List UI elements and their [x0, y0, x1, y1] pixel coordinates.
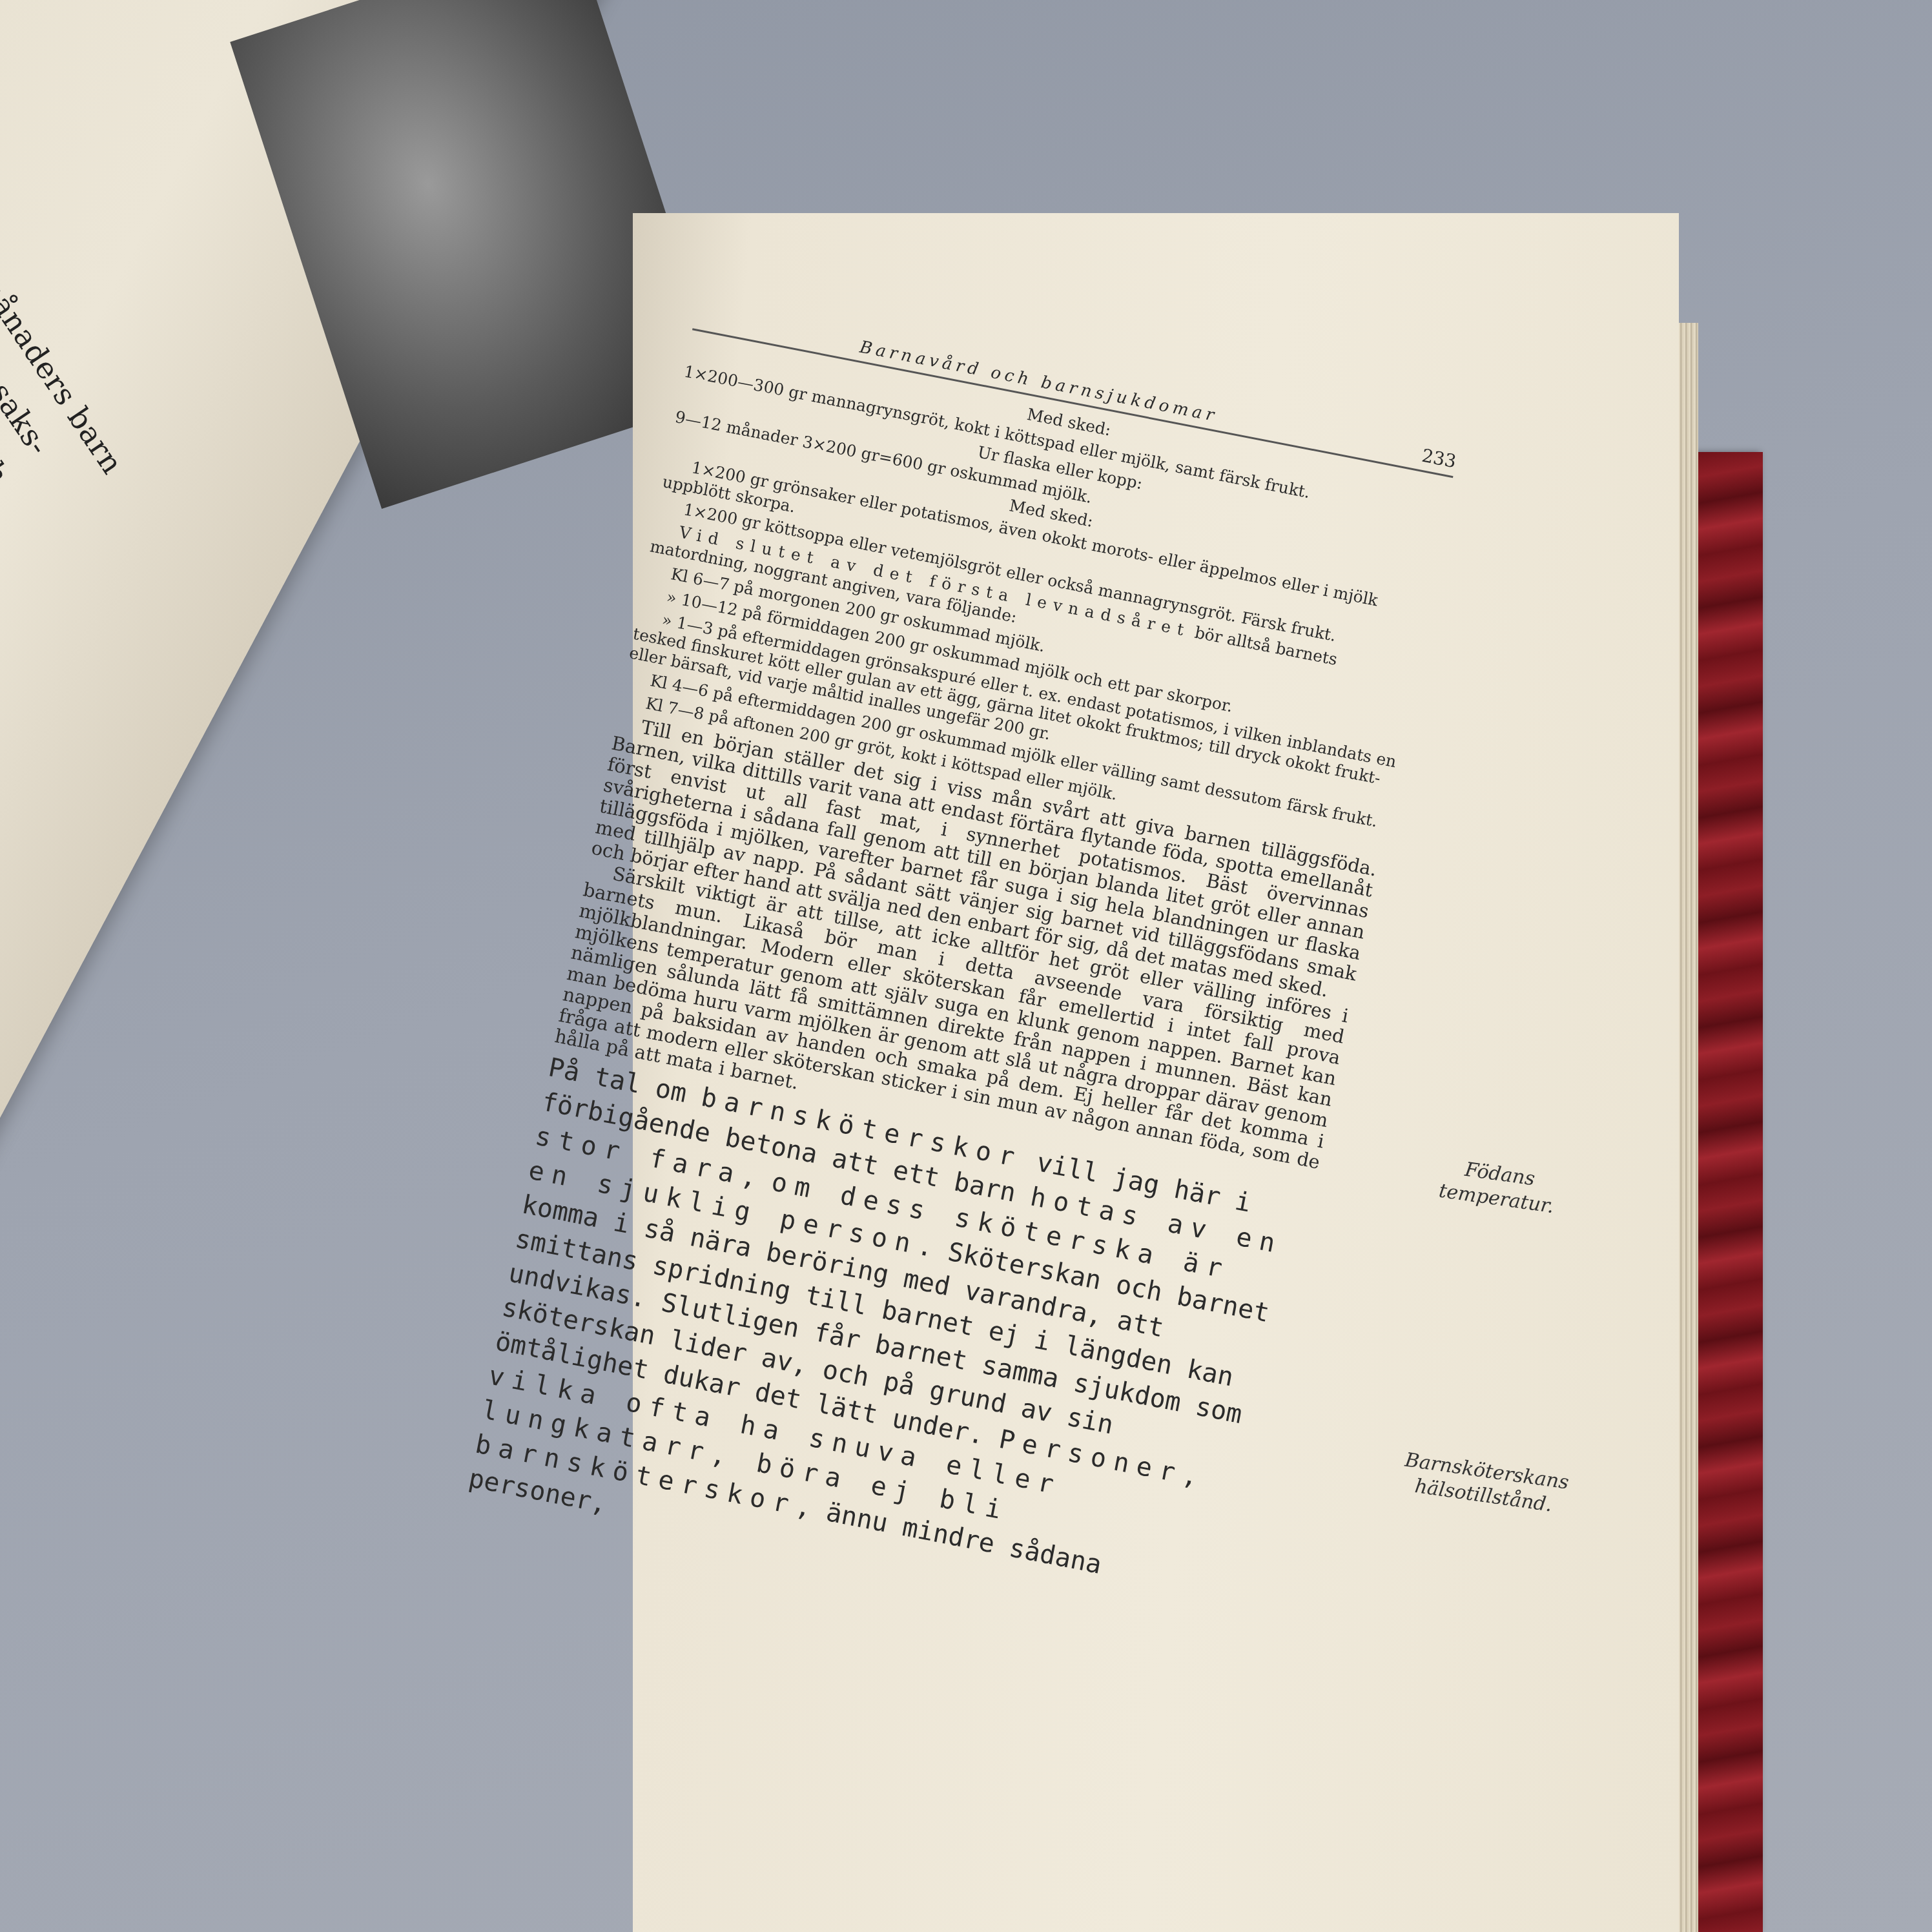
text-segment: , [739, 1161, 775, 1196]
book-cover-edge [1692, 452, 1763, 1932]
